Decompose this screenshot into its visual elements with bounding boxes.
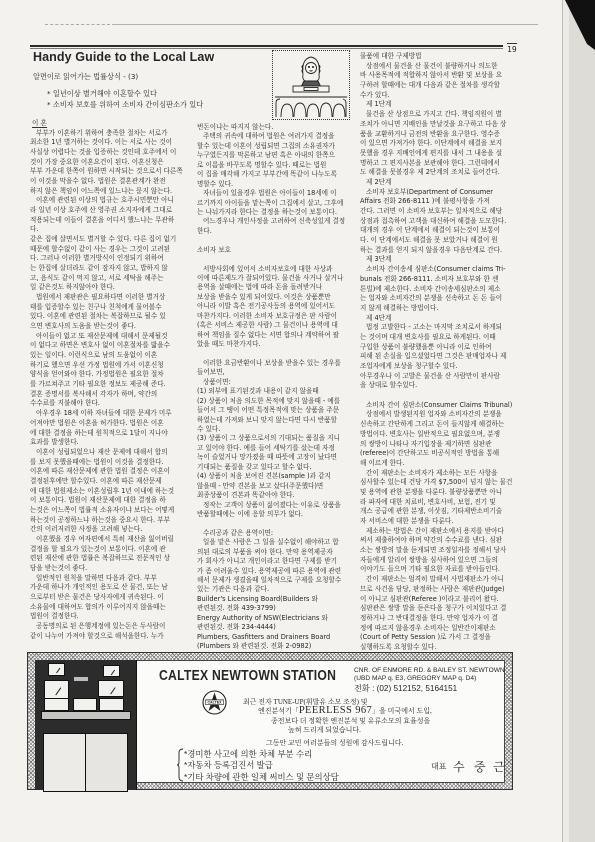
- page-title: Handy Guide to the Local Law: [33, 50, 214, 64]
- text-line: 아니라 이발 혹은 전기공사등의 용역에 있어서도: [197, 302, 355, 311]
- text-line: 자 서비스에 대한 분쟁을 다룬다.: [360, 517, 518, 527]
- text-line: 수가 있다.: [360, 91, 518, 101]
- text-line: 않을때 - 만약 견본을 보고 샀다(주문했다)면: [197, 482, 355, 491]
- text-line: 사실상 어렵다는 것을 입증하는 것인데 호주에서 이: [30, 148, 188, 158]
- engine-analyzer-photo: [35, 660, 137, 790]
- ad-body-line-5: 그동안 교민 여러분들의 성원에 감사드립니다.: [266, 738, 403, 748]
- text-line: 간이 재판소는 엄격히 말해서 사법재판소가 아니: [360, 575, 518, 585]
- text-line: 한다.: [197, 227, 355, 236]
- text-line: (2) 상품이 처음 의도한 목적에 맞지 않을때 - 예를: [197, 397, 355, 406]
- text-line: 있는 일이다. 이런식으로 남의 도움없이 이혼: [30, 351, 188, 361]
- text-line: 같은 집에 살면서도 별거할 수 있다. 다른 집이 없기: [30, 235, 188, 245]
- gauge-icon: [48, 663, 65, 676]
- text-line: 련된 재산에 관한 법률은 복잡하므로 전문적인 상: [30, 554, 188, 564]
- ad-service-2: *자동차 등록검진서 발급: [184, 759, 273, 771]
- dial-panel: [99, 698, 124, 711]
- text-line: [360, 391, 518, 401]
- text-line: 는 나눠가지라 한다는 결정을 하는것이 보통이다.: [197, 208, 355, 217]
- text-line: 아우경우 18세 이하 자녀들에 대한 문제가 미루: [30, 409, 188, 419]
- text-line: 법정 고발한다 - 고소는 마지막 조치로서 하게되: [360, 323, 518, 333]
- representative-label: 대표: [431, 761, 446, 772]
- text-line: Affairs 전화 266-8111 )에 불평사항을 가져: [360, 197, 518, 207]
- text-line: 적용되는데 이들이 결혼을 어디서 했느냐는 무관하: [30, 216, 188, 226]
- text-line: 일반적인 원칙을 말하면 다음과 같다. 부부: [30, 574, 188, 584]
- text-line: 및 용역에 관한 분쟁을 다룬다. 불량상품뿐만 아니: [360, 488, 518, 498]
- text-line: (3) 상품이 그 상품으로서의 기대되는 품질을 지니: [197, 434, 355, 443]
- text-line: 라 파자에 대한 치료비, 변호사비, 보험, 전기 및: [360, 498, 518, 508]
- text-line: 공동명의로 된 은행계정에 있는돈은 두사람이: [30, 622, 188, 632]
- text-line: 물건을 산 상점으로 가지고 간다. 책임직원이 별: [360, 110, 518, 120]
- text-line: 자들에게 알리어 쌍방을 심사하여 있으면 그들의: [360, 556, 518, 566]
- dial-panel: [73, 698, 97, 711]
- text-line: 아무경우나 이 고발은 물건을 산 사람만이 판사람: [360, 372, 518, 382]
- text-line: 를 보지 못했을때에는 법원이 이것을 결정한다.: [30, 458, 188, 468]
- text-line: Plumbers, Gasfitters and Drainers Board: [197, 633, 355, 642]
- text-line: 용역을 살때에는 법에 따라 돈을 돌려받거나: [197, 283, 355, 292]
- judge-icon: [273, 51, 349, 119]
- text-line: 반품할때에는 이에 응할 의무가 없다.: [197, 510, 355, 519]
- gauge-icon: [98, 680, 124, 697]
- text-line: 고 있어야 한다. 예를 들어 세탁기를 샀는데 자정: [197, 444, 355, 453]
- text-line: 는것은 어느쪽이 법률적 소유자이냐 보다는 어떻게: [30, 506, 188, 516]
- text-line: bunals 전화 266-8111. 소비자 보호부와 한 센: [360, 275, 518, 285]
- text-line: 고, 음식도 같이 먹지 않고, 서로 세탁을 해주는: [30, 274, 188, 284]
- text-line: 개스 공급에 관한 분쟁, 이삿짐, 기타제반소비기술: [360, 507, 518, 517]
- text-line: 녹이 슬었거나 망가졌을 때 따뜻에 고장이 났다면: [197, 453, 355, 462]
- text-line: 바 사용목적에 적합하지 않아서 반환 및 보상을 요: [360, 71, 518, 81]
- column-2-text: 번돈이냐는 따지지 않는다. 주택의 귀속에 대하여 법원은 여러가지 결정을할…: [197, 123, 355, 652]
- text-line: 제 1단계: [360, 100, 518, 110]
- text-line: 어져야만 법원은 이혼을 허가한다. 법원은 이혼: [30, 419, 188, 429]
- text-line: 이 집을 매각해 가지고 부부간에 똑같이 나누도록: [197, 170, 355, 179]
- text-line: 누구였든지를 막론하고 남편 혹은 아내의 한쪽으: [197, 151, 355, 160]
- text-line: 수수료를 지불해야 한다.: [30, 399, 188, 409]
- dial-panel: [44, 698, 69, 711]
- text-line: 주택의 귀속에 대하여 법원은 여러가지 결정을: [197, 132, 355, 141]
- article-column-1: 이 혼 부부가 이혼하기 위하여 충족한 절차는 서로가최소한 1년 별거하는 …: [30, 119, 188, 641]
- text-line: 소유물에 대하여도 합의가 이루어지지 않을때는: [30, 603, 188, 613]
- ad-body-line-4: 높혀 드리게 되었습니다.: [288, 725, 361, 735]
- text-line: 때문에 할수없이 같이 사는 경우는 그것이 고려된: [30, 245, 188, 255]
- column-3-text: 물품에 대한 구제방법 상점에서 물건을 산 물건이 불량하거나 의도한바 사용…: [360, 52, 518, 653]
- text-line: 간의 이러저러한 사정을 고려해 넣는다.: [30, 525, 188, 535]
- cabinet-door-left: [43, 733, 86, 792]
- text-line: 를 가르쳐주고 기타 필요한 정보도 제공해 준다.: [30, 380, 188, 390]
- brace-icon: [176, 748, 184, 782]
- text-line: 심사할수 있는데 건당 가격 $7,500이 넘지 않는 물건: [360, 478, 518, 488]
- text-line: 일을 맡은 사람은 그 일을 실수없이 해야하고 합: [197, 538, 355, 547]
- text-line: 있다. 이혼에 관련된 절차는 복잡하므로 될수 있: [30, 312, 188, 322]
- text-line: 피해 된 손실을 입으셨었다면 그것은 판매업자나 제: [360, 352, 518, 362]
- svg-text:CALTEX: CALTEX: [207, 701, 222, 705]
- text-line: [197, 519, 355, 528]
- judge-illustration: [272, 50, 350, 120]
- representative-name-char-2: 중: [474, 758, 486, 775]
- text-line: 번돈이냐는 따지지 않는다.: [197, 123, 355, 132]
- text-line: 아이들이 없고 또 재산문제에 대해서 문제될것: [30, 332, 188, 342]
- text-line: 았을 때도 마찬가지다.: [197, 340, 355, 349]
- highlight-2: * 소비자 보호를 위하여 소비자 간이심판소가 있다: [47, 100, 203, 110]
- ad-body-line-2-prefix: 엔진분석기「: [258, 707, 299, 715]
- text-line: 법원이 결정한다.: [30, 612, 188, 622]
- text-line: 못했을 경우 지배인에게 편지를 내서 그 내용을 설: [360, 149, 518, 159]
- text-line: 서방사회에 있어서 소비자보호에 대한 사상과: [197, 265, 355, 274]
- text-line: 므로 사건을 담당, 판정하는 사람은 재판관(Judge): [360, 585, 518, 595]
- text-line: 소비자 간이송세 심판소(Consumer claims Tri-: [360, 265, 518, 275]
- text-line: 는 한집에 살더라도 같이 잠자지 않고, 밥하지 않: [30, 264, 188, 274]
- text-line: 소비자 보호: [197, 246, 355, 255]
- text-line: 을 상대로 할수있다.: [360, 381, 518, 391]
- text-line: 다. 그러나 이러한 별거방식이 인정되기 위하여: [30, 254, 188, 264]
- header-rule-thin: [30, 48, 503, 49]
- text-line: 이 있으면 가져가야 한다. 이단계에서 해결을 보지: [360, 139, 518, 149]
- text-line: 하였는데 가져와 보니 맞지 않는다면 다시 반품할: [197, 416, 355, 425]
- text-line: 하지 않은 책임이 어느쪽에 있느냐는 묻지 않는다.: [30, 187, 188, 197]
- text-line: 제소하는 방법은 간이 재판소에서 용지를 받아다: [360, 527, 518, 537]
- text-line: 소는 쌍방의 말을 듣게되면 조정일자를 정해서 당사: [360, 546, 518, 556]
- ad-body-line-2-suffix: 」을 미국에서 도입,: [372, 707, 432, 715]
- text-line: 이 보통이다. 법원이 재산문제에 대한 결정을 하: [30, 496, 188, 506]
- text-line: [197, 236, 355, 245]
- ad-phone: 전화 : (02) 512152, 5164151: [354, 683, 457, 694]
- text-line: 신속하고 간단하게 그리고 돈이 들지않게 해결하는: [360, 420, 518, 430]
- text-line: 같이 나누어 가져야 할것으로 해석을한다. 누가: [30, 632, 188, 642]
- ad-body-line-2: 엔진분석기「PEERLESS 967」을 미국에서 도입,: [258, 705, 432, 716]
- text-line: 제 3단계: [360, 255, 518, 265]
- text-line: 다.: [30, 225, 188, 235]
- highlight-1: * 일년이상 별거해야 이혼할수 있다: [47, 89, 157, 99]
- text-line: 제 2단계: [360, 178, 518, 188]
- text-line: (4) 상품이 처음 보여진 견본(sample )과 같지: [197, 472, 355, 481]
- text-line: 효과를 발생한다.: [30, 438, 188, 448]
- representative-name-char-3: 근: [493, 758, 505, 775]
- text-line: 이러한 요금반환이나 보상을 받을수 있는 경우를: [197, 359, 355, 368]
- text-line: 해 이르게 한다.: [360, 459, 518, 469]
- text-line: [197, 255, 355, 264]
- text-line: 이 아니고 심판관(Referee )이라고 불리어 왔다.: [360, 595, 518, 605]
- text-line: 가운데 하나가 개인적인 용도로 산 물건, 또는 남: [30, 583, 188, 593]
- control-strip: [41, 711, 131, 720]
- text-line: 하여 책임을 질수 없다는 서면 합의나 계약하여 팔: [197, 331, 355, 340]
- text-line: 관련된것. 전화 439-3799): [197, 604, 355, 613]
- text-line: 에 대한 법원제소는 이혼성립후 1년 이내에 하는것: [30, 487, 188, 497]
- text-line: 하는 결과를 얻지 되지 않을경우 다음단계로 간다.: [360, 246, 518, 256]
- section-heading-divorce: 이 혼: [30, 119, 188, 129]
- text-line: 상점에서 발생된지원 업자와 소비자간의 분쟁을: [360, 410, 518, 420]
- text-line: 조업자에게 보상을 청구할수 있다.: [360, 362, 518, 372]
- text-line: 보상을 받을수 있게 되어있다. 이것은 상품뿐만: [197, 293, 355, 302]
- text-line: 이에 따른제도가 잘되어있다. 물건을 사거나 살거나: [197, 274, 355, 283]
- text-line: 이혼했을 경우 여자편에서 특히 재산을 잃어버릴: [30, 535, 188, 545]
- cabinet-door-right: [85, 733, 128, 792]
- text-line: (혹은 서비스 제공한 사람) 그 물건이나 용역에 대: [197, 321, 355, 330]
- text-line: 가 회사가 아니고 개인이라고 한다면 구제를 받기: [197, 557, 355, 566]
- text-line: 로 이름을 바꾸도록 명할수 있다. 때로는 법원: [197, 161, 355, 170]
- text-line: 태를 입증할수 있는 친구나 친척에게 물어볼수: [30, 303, 188, 313]
- section-heading-text: 이 혼: [32, 119, 47, 128]
- text-line: 들어서 그 땡이 어떤 특정목적에 맞는 상품을 주문: [197, 406, 355, 415]
- text-line: 명할수 있다.: [197, 180, 355, 189]
- text-line: 어느경우나 개인사정을 고려하여 신축성있게 결정: [197, 217, 355, 226]
- text-line: 간다. 그러면 이 소비자 보호부는 일차적으로 해당: [360, 207, 518, 217]
- text-line: 것이 가장 중요한 이혼요건이 된다. 이혼신청은: [30, 158, 188, 168]
- text-line: 해서 문제가 생겼을때 일차적으로 구제를 요청할수: [197, 576, 355, 585]
- text-line: 양식을 얻어와야 한다. 가정법원은 필요한 절차: [30, 370, 188, 380]
- text-line: 는 업자와 소비자간의 분쟁을 신속하고 돈 돈 들이: [360, 294, 518, 304]
- text-line: 구하려 할때에는 대개 다음과 같은 절차를 생각할: [360, 81, 518, 91]
- text-line: 소비자 간이 심판소(Consumer Claims Tribunal): [360, 401, 518, 411]
- text-line: 정작는 고객이 상품이 싫어졌다는 이유로 상품을: [197, 501, 355, 510]
- text-line: [197, 350, 355, 359]
- text-line: 마찬가지다. 이러한 소비자 보호규정은 판 사람이: [197, 312, 355, 321]
- gauge-icon: [44, 680, 69, 699]
- text-line: 수리공과 같은 용역이면:: [197, 529, 355, 538]
- article-column-3: 물품에 대한 구제방법 상점에서 물건을 산 물건이 불량하거나 의도한바 사용…: [360, 52, 518, 653]
- text-line: 르기까지 아이들을 맡는쪽이 그집에서 살고, 그후에: [197, 199, 355, 208]
- text-line: 는 것이며 대개 변호사를 필요로 하게된다. 이때: [360, 333, 518, 343]
- text-line: 자녀들이 있을경우 법원은 아이들이 18세에 이: [197, 189, 355, 198]
- text-line: 심판관은 쌍방 말을 듣은다음 청구가 이치있다고 결: [360, 604, 518, 614]
- text-line: 최종상품이 견본과 똑같아야 한다.: [197, 491, 355, 500]
- text-line: (1) 외부에 표기된것과 내용이 같지 않을때: [197, 387, 355, 396]
- text-line: 대개의 경우 이 단계에서 해결이 되는것이 보통이: [360, 226, 518, 236]
- text-line: 최소한 1년 별거하는 것이다. 이는 서로 사는 것이: [30, 138, 188, 148]
- gauge-icon: [103, 665, 120, 677]
- text-line: 정에 따르지 않을경우 소비자는 일반간이재판소: [360, 624, 518, 634]
- text-line: 정하거나 그 반대결정을 한다. 만약 업자가 이 결: [360, 614, 518, 624]
- text-line: 상점과 접촉하여 고객을 대신하여 해결을 도모한다.: [360, 217, 518, 227]
- text-line: 명하고 그 편지사본을 보관해야 한다. 그런데에서: [360, 159, 518, 169]
- text-line: Builder's Licensing Board(Builders 와: [197, 595, 355, 604]
- text-line: 제 4단계: [360, 314, 518, 324]
- text-line: 이혼에 따른 재산문제에 관한 법원 결정은 이혼이: [30, 467, 188, 477]
- text-line: 하기로 했으면 우선 가정 법원에 가서 이혼신청: [30, 361, 188, 371]
- text-line: 에 대한 결정을 하는데 원칙적으로 1달이 지나야: [30, 429, 188, 439]
- article-column-2: 번돈이냐는 따지지 않는다. 주택의 귀속에 대하여 법원은 여러가지 결정을할…: [197, 123, 355, 652]
- text-line: (Court of Petty Session )로 가서 그 결정을: [360, 633, 518, 643]
- display-strip: [74, 677, 88, 681]
- text-line: (referee)이 간단하고도 비공식적인 방법을 통해: [360, 449, 518, 459]
- text-line: 결정된후에만 할수있다. 이혼에 따른 재산문제: [30, 477, 188, 487]
- text-line: 의 쌍방이 나타나 자기입장을 제기하면 심판관: [360, 440, 518, 450]
- ad-service-3: *기타 차량에 관한 일체 써비스 및 문의상담: [184, 771, 339, 783]
- text-line: 품을 교환하거나 금전의 반환을 요구한다. 영수증: [360, 130, 518, 140]
- ad-title: CALTEX NEWTOWN STATION: [159, 668, 336, 684]
- text-line: 하는것이 공정하느냐 하는것을 중요시 한다. 부부: [30, 516, 188, 526]
- text-line: 라 일년 이상 호주에 산 영주권 소지자에게 그대로: [30, 206, 188, 216]
- text-line: Energy Authority of NSW(Electricians 와: [197, 614, 355, 623]
- text-line: 있는 기관은 다음과 같다.: [197, 585, 355, 594]
- ad-product-name: PEERLESS 967: [299, 705, 372, 716]
- text-line: 일 같은것도 하지않아야 한다.: [30, 283, 188, 293]
- text-line: 구입한 상품이 불량했을뿐 아니라 이로 인하여: [360, 343, 518, 353]
- column-1-text: 부부가 이혼하기 위하여 충족한 절차는 서로가최소한 1년 별거하는 것이다.…: [30, 129, 188, 642]
- text-line: 이야기도 들으며 기타 필요한 자료를 받아들인다.: [360, 565, 518, 575]
- text-line: 물품에 대한 구제방법: [360, 52, 518, 62]
- text-line: 이 이것을 막을수 없다. 법원은 결혼관계가 완전: [30, 177, 188, 187]
- text-line: 의된 대로의 부품을 써야 한다. 만약 용역제공자: [197, 548, 355, 557]
- text-line: 이 없다고 하면은 변호사 없이 이혼절차를 밟을수: [30, 341, 188, 351]
- text-line: 법원에서 재판관은 필요하다면 이러한 별거상: [30, 293, 188, 303]
- text-line: 부부가 이혼하기 위하여 충족한 절차는 서로가: [30, 129, 188, 139]
- text-line: 도 해결을 못볼경우 제 2단계의 조치로 들어간다.: [360, 168, 518, 178]
- text-line: 수 있다.: [197, 425, 355, 434]
- top-dashed-rule: [45, 24, 110, 25]
- text-line: 다. 이 단계에서도 해결을 못 보았거나 해결이 원: [360, 236, 518, 246]
- scan-edge-shadow: [555, 0, 595, 842]
- text-line: 으로부터 받은 물건은 당사자에게 귀속된다. 이: [30, 593, 188, 603]
- text-line: 튼빌)에 제소한다. 소비자 간이송세심판소의 제소: [360, 285, 518, 295]
- representative-name-char-1: 수: [453, 758, 465, 775]
- text-line: 담을 받는것이 좋다.: [30, 564, 188, 574]
- text-line: 부부 가운데 한쪽이 원하면 시작되는 것으로서 다른쪽: [30, 167, 188, 177]
- text-line: 이혼이 성립되었으나 재산 문제에 대해서 합의: [30, 448, 188, 458]
- text-line: 할수 있는데 이혼이 성립되면 그집의 소유권자가: [197, 142, 355, 151]
- text-line: 결혼 증명서를 복사해서 각자가 하며, 약간의: [30, 390, 188, 400]
- text-line: 기대되는 품질을 갖고 있다고 할수 없다.: [197, 463, 355, 472]
- text-line: 들어보면,: [197, 368, 355, 377]
- top-faint-rule: [112, 24, 538, 25]
- page-subtitle: 알면이로 읽어가는 법률상식 - (3): [33, 72, 138, 82]
- text-line: 써서 제출하여야 하며 약간의 수수료를 낸다. 심판: [360, 536, 518, 546]
- text-line: 상품이면:: [197, 378, 355, 387]
- text-line: 이혼에 관련된 이상의 법규는 호주시민뿐만 아니: [30, 196, 188, 206]
- text-line: 간이 재판소는 소비자가 제소하는 모든 사항을: [360, 469, 518, 479]
- ad-map-reference: (UBD MAP q. E3, GREGORY MAP q. D4): [354, 675, 476, 682]
- header-rule: [30, 45, 503, 47]
- text-line: (Plumbers 와 관련된것. 전화 2-0982): [197, 642, 355, 651]
- text-line: 가 좀 어려울수 있다. 용역제공에 따른 용역에 관련: [197, 567, 355, 576]
- caltex-logo-icon: CALTEX: [202, 690, 227, 715]
- text-line: 조치가 아니면 지배인을 만날것을 요구하고 다음 상: [360, 120, 518, 130]
- text-line: 결정을 할 필요가 있는것이 보통이다. 이혼에 관: [30, 545, 188, 555]
- text-line: 소비자 보호부(Department of Consumer: [360, 188, 518, 198]
- text-line: 으면 변호사의 도움을 받는것이 좋다.: [30, 322, 188, 332]
- text-line: 관련된것. 전화 234-4444): [197, 623, 355, 632]
- text-line: 지 않게 해결하는 방법이다.: [360, 304, 518, 314]
- text-line: 상점에서 물건을 산 물건이 불량하거나 의도한: [360, 62, 518, 72]
- text-line: 방법이다. 변호사는 일반적으로 필요없으며, 분쟁: [360, 430, 518, 440]
- caltex-advertisement: CALTEX NEWTOWN STATION CNR. OF ENMORE RD…: [27, 652, 513, 790]
- ad-address: CNR. OF ENMORE RD. & BAILEY ST. NEWTOWN: [354, 667, 505, 674]
